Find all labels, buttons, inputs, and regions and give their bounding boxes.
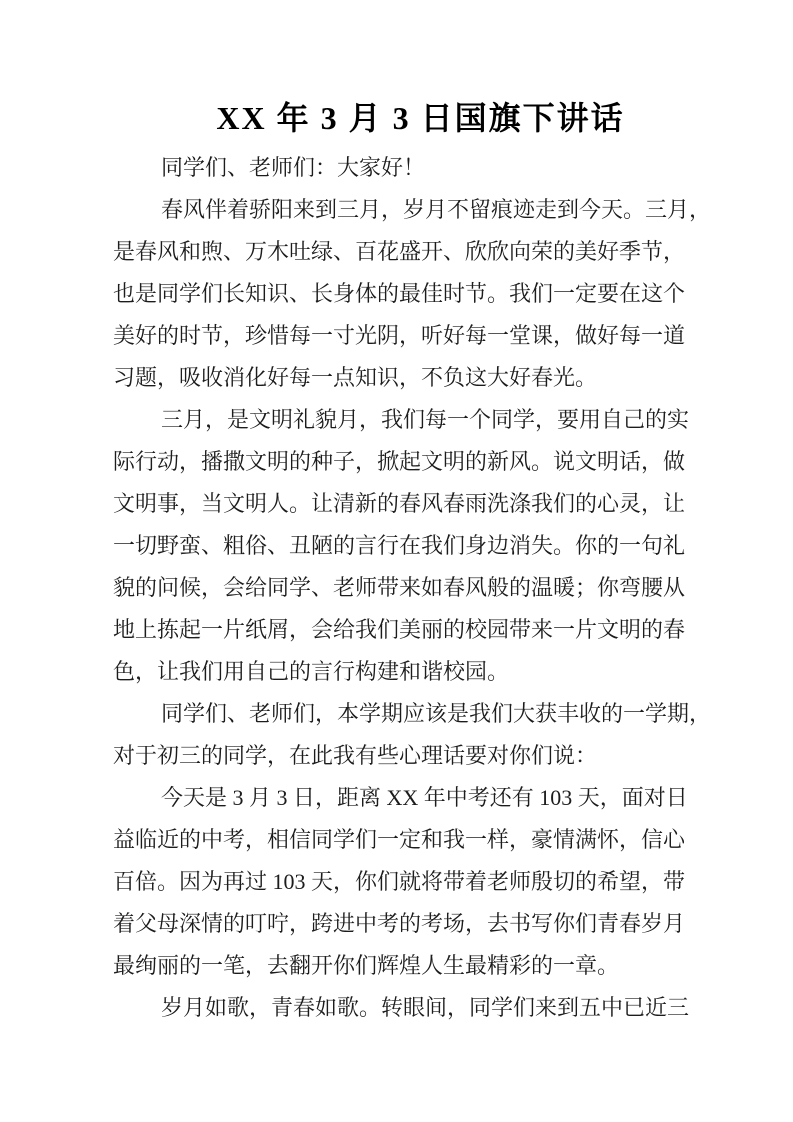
text-line: 色，让我们用自己的言行构建和谐校园。	[113, 651, 685, 693]
text-line: 百倍。因为再过 103 天，你们就将带着老师殷切的希望，带	[113, 861, 685, 903]
text-line: 今天是 3 月 3 日，距离 XX 年中考还有 103 天，面对日	[113, 777, 685, 819]
text-line: 是春风和煦、万木吐绿、百花盛开、欣欣向荣的美好季节，	[113, 231, 685, 273]
text-line: 同学们、老师们，本学期应该是我们大获丰收的一学期，	[113, 693, 685, 735]
text-line: 同学们、老师们：大家好！	[113, 147, 685, 189]
document-title: XX 年 3 月 3 日国旗下讲话	[0, 0, 793, 142]
text-line: 貌的问候，会给同学、老师带来如春风般的温暖；你弯腰从	[113, 567, 685, 609]
text-line: 益临近的中考，相信同学们一定和我一样，豪情满怀，信心	[113, 819, 685, 861]
paragraph: 春风伴着骄阳来到三月，岁月不留痕迹走到今天。三月，是春风和煦、万木吐绿、百花盛开…	[113, 189, 685, 399]
text-line: 美好的时节，珍惜每一寸光阴，听好每一堂课，做好每一道	[113, 315, 685, 357]
text-line: 一切野蛮、粗俗、丑陋的言行在我们身边消失。你的一句礼	[113, 525, 685, 567]
paragraph: 今天是 3 月 3 日，距离 XX 年中考还有 103 天，面对日益临近的中考，…	[113, 777, 685, 987]
text-line: 着父母深情的叮咛，跨进中考的考场，去书写你们青春岁月	[113, 903, 685, 945]
text-line: 春风伴着骄阳来到三月，岁月不留痕迹走到今天。三月，	[113, 189, 685, 231]
text-line: 三月，是文明礼貌月，我们每一个同学，要用自己的实	[113, 399, 685, 441]
document-page: XX 年 3 月 3 日国旗下讲话 同学们、老师们：大家好！春风伴着骄阳来到三月…	[0, 0, 793, 1122]
paragraph: 同学们、老师们，本学期应该是我们大获丰收的一学期，对于初三的同学，在此我有些心理…	[113, 693, 685, 777]
text-line: 文明事，当文明人。让清新的春风春雨洗涤我们的心灵，让	[113, 483, 685, 525]
paragraph: 同学们、老师们：大家好！	[113, 147, 685, 189]
text-line: 岁月如歌，青春如歌。转眼间，同学们来到五中已近三	[113, 987, 685, 1029]
paragraph: 三月，是文明礼貌月，我们每一个同学，要用自己的实际行动，播撒文明的种子，掀起文明…	[113, 399, 685, 693]
text-line: 习题，吸收消化好每一点知识，不负这大好春光。	[113, 357, 685, 399]
text-line: 最绚丽的一笔，去翻开你们辉煌人生最精彩的一章。	[113, 945, 685, 987]
document-body: 同学们、老师们：大家好！春风伴着骄阳来到三月，岁月不留痕迹走到今天。三月，是春风…	[113, 147, 685, 1029]
text-line: 也是同学们长知识、长身体的最佳时节。我们一定要在这个	[113, 273, 685, 315]
text-line: 际行动，播撒文明的种子，掀起文明的新风。说文明话，做	[113, 441, 685, 483]
text-line: 对于初三的同学，在此我有些心理话要对你们说：	[113, 735, 685, 777]
text-line: 地上拣起一片纸屑，会给我们美丽的校园带来一片文明的春	[113, 609, 685, 651]
paragraph: 岁月如歌，青春如歌。转眼间，同学们来到五中已近三	[113, 987, 685, 1029]
